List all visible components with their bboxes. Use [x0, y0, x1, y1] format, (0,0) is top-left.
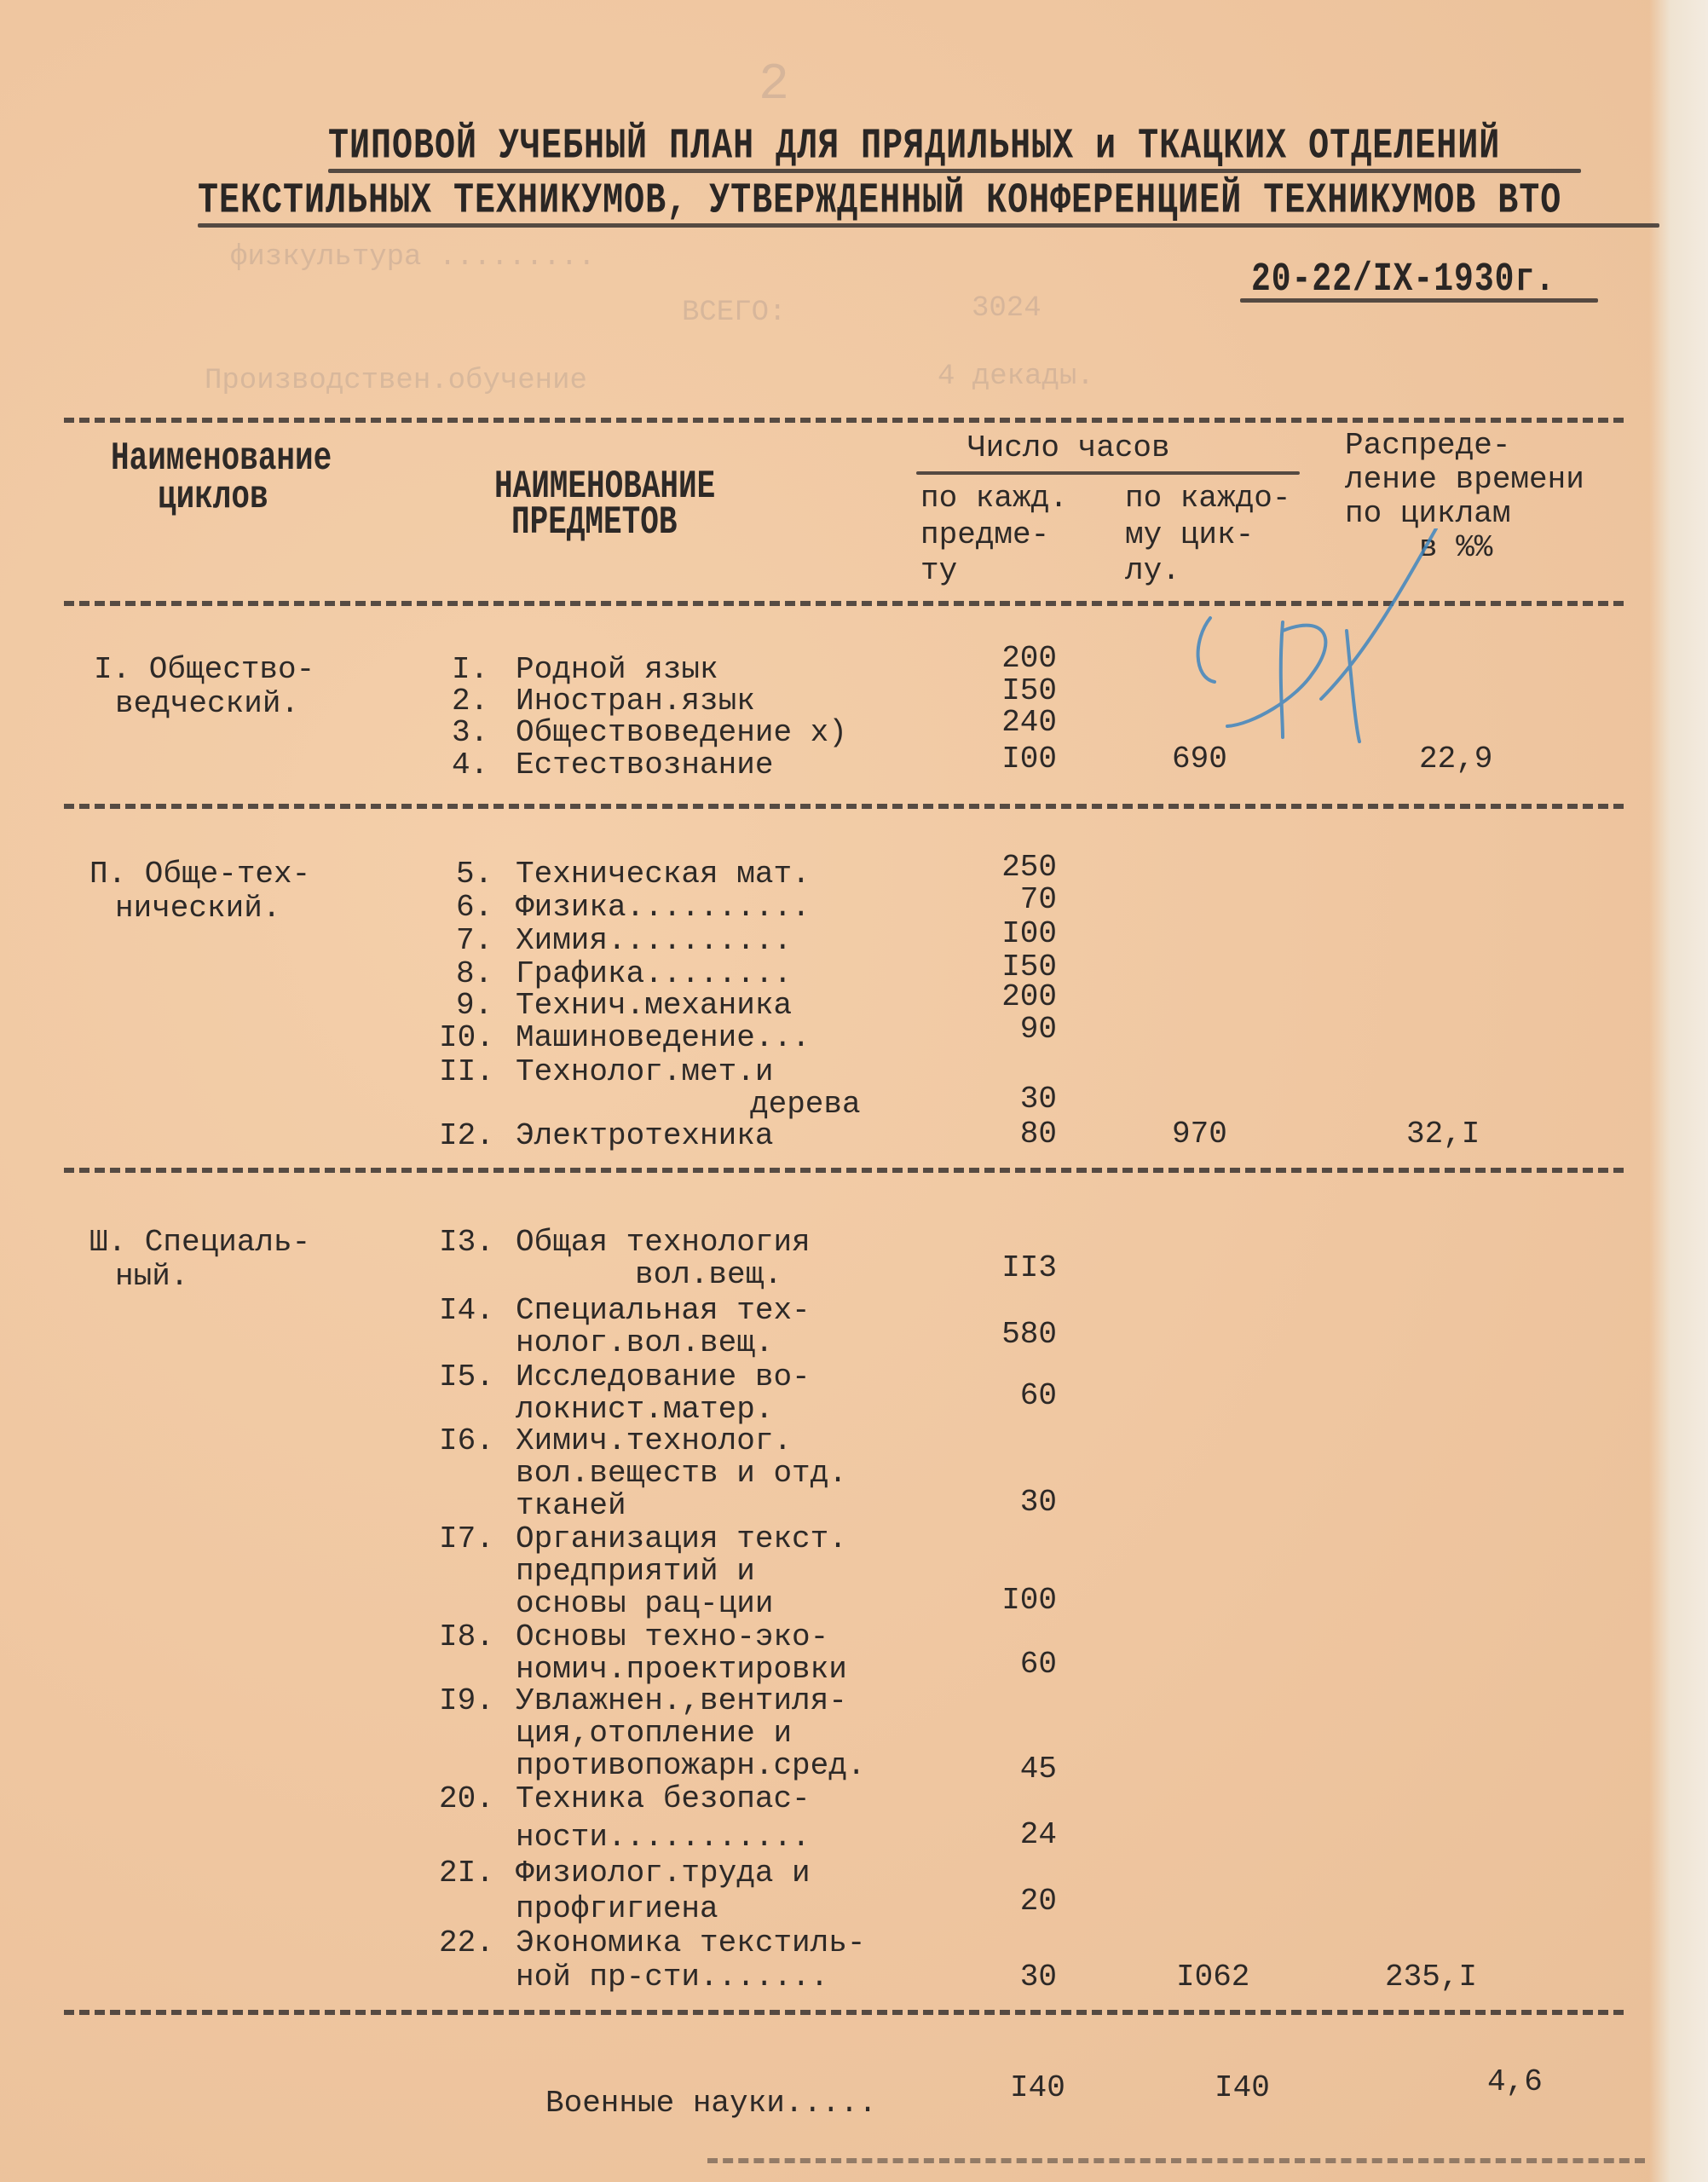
document-title-line-1: ТИПОВОЙ УЧЕБНЫЙ ПЛАН ДЛЯ ПРЯДИЛЬНЫХ и ТК… [328, 126, 1500, 169]
subject-number: 9. [456, 990, 493, 1021]
cycle-total-hours: 690 [1172, 744, 1227, 775]
bleed-through-text: физкультура ......... [230, 243, 595, 272]
cycle-name: П. Обще-тех- [89, 859, 310, 890]
subject-name: Экономика текстиль- [516, 1928, 865, 1959]
cycle-name: ный. [115, 1261, 188, 1292]
subject-hours: 60 [980, 1381, 1057, 1411]
header-distribution: Распреде- [1345, 430, 1510, 461]
subject-hours: 70 [980, 885, 1057, 915]
subject-number: 5. [456, 859, 493, 890]
subject-name: Увлажнен.,вентиля- [516, 1686, 847, 1717]
date-underline [1240, 298, 1598, 303]
header-per-cycle: лу. [1125, 556, 1180, 586]
subject-name: Общая технология [516, 1227, 811, 1258]
title-underline [198, 223, 1659, 228]
cycle-separator [64, 1168, 1624, 1173]
military-percent: 4,6 [1487, 2067, 1543, 2098]
subject-name: вол.вещ. [635, 1260, 782, 1290]
subject-number: 20. [439, 1784, 494, 1815]
cycle-name: I. Общество- [94, 655, 314, 685]
cycle-total-hours: 970 [1172, 1119, 1227, 1150]
subject-name: Родной язык [516, 655, 718, 685]
subject-name: локнист.матер. [516, 1394, 773, 1425]
subject-name: тканей [516, 1491, 626, 1521]
subject-hours: I00 [980, 744, 1057, 775]
subject-name: ности........... [516, 1822, 811, 1853]
handwritten-initials-mark [1176, 528, 1449, 750]
cycle-name: ведческий. [115, 689, 299, 719]
subject-number: I0. [439, 1023, 494, 1053]
subject-hours: 24 [980, 1820, 1057, 1850]
subject-number: 4. [452, 750, 488, 781]
subject-hours: II3 [980, 1253, 1057, 1284]
subject-name: Специальная тех- [516, 1296, 811, 1326]
subject-name: Естествознание [516, 750, 773, 781]
subject-hours: 250 [980, 852, 1057, 883]
subject-hours: I00 [980, 919, 1057, 950]
subject-number: I8. [439, 1622, 494, 1653]
subject-hours: I50 [980, 676, 1057, 707]
header-per-subject: предме- [920, 520, 1049, 551]
subject-name: Техническая мат. [516, 859, 811, 890]
bleed-through-text: 3024 [972, 294, 1042, 323]
subject-number: 22. [439, 1928, 494, 1959]
subject-number: 6. [456, 892, 493, 923]
bleed-through-text: 4 декады. [938, 362, 1094, 391]
subject-hours: 240 [980, 707, 1057, 738]
header-per-cycle: по каждо- [1125, 483, 1290, 514]
faint-page-number: 2 [759, 60, 789, 111]
subject-hours: 30 [980, 1487, 1057, 1518]
subject-number: 2I. [439, 1858, 494, 1889]
bleed-through-text: ВСЕГО: [682, 298, 786, 327]
header-cycles: циклов [158, 477, 268, 517]
subject-name: Организация текст. [516, 1524, 847, 1555]
cycle-name: нический. [115, 893, 280, 924]
subject-name: Физиолог.труда и [516, 1858, 811, 1889]
subject-hours: I00 [980, 1585, 1057, 1616]
bottom-separator [707, 2158, 1645, 2163]
subject-hours: 90 [980, 1014, 1057, 1045]
cycle-percent: 32,I [1406, 1119, 1480, 1150]
subject-hours: I50 [980, 952, 1057, 983]
subject-number: II. [439, 1057, 494, 1088]
subject-name: Основы техно-эко- [516, 1622, 828, 1653]
subject-hours: 45 [980, 1754, 1057, 1785]
subject-number: I5. [439, 1362, 494, 1393]
subject-hours: 200 [980, 644, 1057, 674]
subject-number: I. [452, 655, 488, 685]
cycle-percent: 22,9 [1419, 744, 1492, 775]
subject-name: Техника безопас- [516, 1784, 811, 1815]
bleed-through-text: Производствен.обучение [205, 367, 587, 395]
subject-number: I9. [439, 1686, 494, 1717]
subject-name: Иностран.язык [516, 686, 755, 717]
header-distribution: ление времени [1345, 465, 1584, 495]
subject-name: Обществоведение x) [516, 718, 847, 748]
subject-name: Химия.......... [516, 926, 792, 956]
subject-hours: 200 [980, 982, 1057, 1013]
header-per-subject: ту [920, 556, 957, 586]
military-total: I40 [1215, 2073, 1270, 2104]
subject-name: вол.веществ и отд. [516, 1458, 847, 1489]
subject-name: Технич.механика [516, 990, 792, 1021]
subject-hours: 80 [980, 1119, 1057, 1150]
subject-hours: 30 [980, 1962, 1057, 1993]
header-hours-group: Число часов [967, 433, 1170, 464]
cycle-total-hours: I062 [1176, 1962, 1249, 1993]
cycle-percent: 235,I [1385, 1962, 1477, 1993]
header-distribution: по циклам [1345, 499, 1510, 529]
subject-name: дерева [750, 1089, 861, 1120]
subject-name: противопожарн.сред. [516, 1751, 865, 1781]
header-subjects: ПРЕДМЕТОВ [511, 503, 677, 543]
cycle-name: Ш. Специаль- [89, 1227, 310, 1258]
document-title-line-2: ТЕКСТИЛЬНЫХ ТЕХНИКУМОВ, УТВЕРЖДЕННЫЙ КОН… [198, 181, 1561, 223]
subject-hours: 30 [980, 1084, 1057, 1115]
header-per-subject: по кажд. [920, 483, 1068, 514]
subject-name: Технолог.мет.и [516, 1057, 773, 1088]
subject-name: нолог.вол.вещ. [516, 1328, 773, 1359]
cycle-separator [64, 804, 1624, 809]
subject-number: I4. [439, 1296, 494, 1326]
title-underline [328, 169, 1581, 173]
subject-number: 7. [456, 926, 493, 956]
subject-name: номич.проектировки [516, 1654, 847, 1685]
subject-number: I6. [439, 1426, 494, 1457]
subject-name: Физика.......... [516, 892, 811, 923]
subject-name: Графика........ [516, 959, 792, 990]
subject-hours: 60 [980, 1649, 1057, 1680]
subject-number: I3. [439, 1227, 494, 1258]
hours-group-underline [916, 471, 1300, 475]
document-page: физкультура ......... ВСЕГО: 3024 Произв… [0, 0, 1708, 2182]
military-label: Военные науки..... [545, 2088, 877, 2119]
document-date: 20-22/IX-1930г. [1251, 260, 1555, 301]
subject-name: ной пр-сти....... [516, 1962, 828, 1993]
subject-name: Исследование во- [516, 1362, 811, 1393]
subject-name: предприятий и [516, 1556, 755, 1587]
subject-name: ция,отопление и [516, 1718, 792, 1749]
subject-hours: 20 [980, 1886, 1057, 1917]
header-cycles: Наименование [111, 439, 332, 479]
subject-number: I2. [439, 1121, 494, 1152]
subject-name: профгигиена [516, 1894, 718, 1925]
military-hours: I40 [1010, 2073, 1065, 2104]
table-top-separator [64, 418, 1624, 423]
subject-number: I7. [439, 1524, 494, 1555]
cycle-separator [64, 2010, 1624, 2015]
subject-hours: 580 [980, 1319, 1057, 1350]
subject-name: Химич.технолог. [516, 1426, 792, 1457]
subject-name: основы рац-ции [516, 1589, 773, 1619]
subject-number: 8. [456, 959, 493, 990]
subject-name: Электротехника [516, 1121, 773, 1152]
subject-number: 3. [452, 718, 488, 748]
subject-number: 2. [452, 686, 488, 717]
subject-name: Машиноведение... [516, 1023, 811, 1053]
